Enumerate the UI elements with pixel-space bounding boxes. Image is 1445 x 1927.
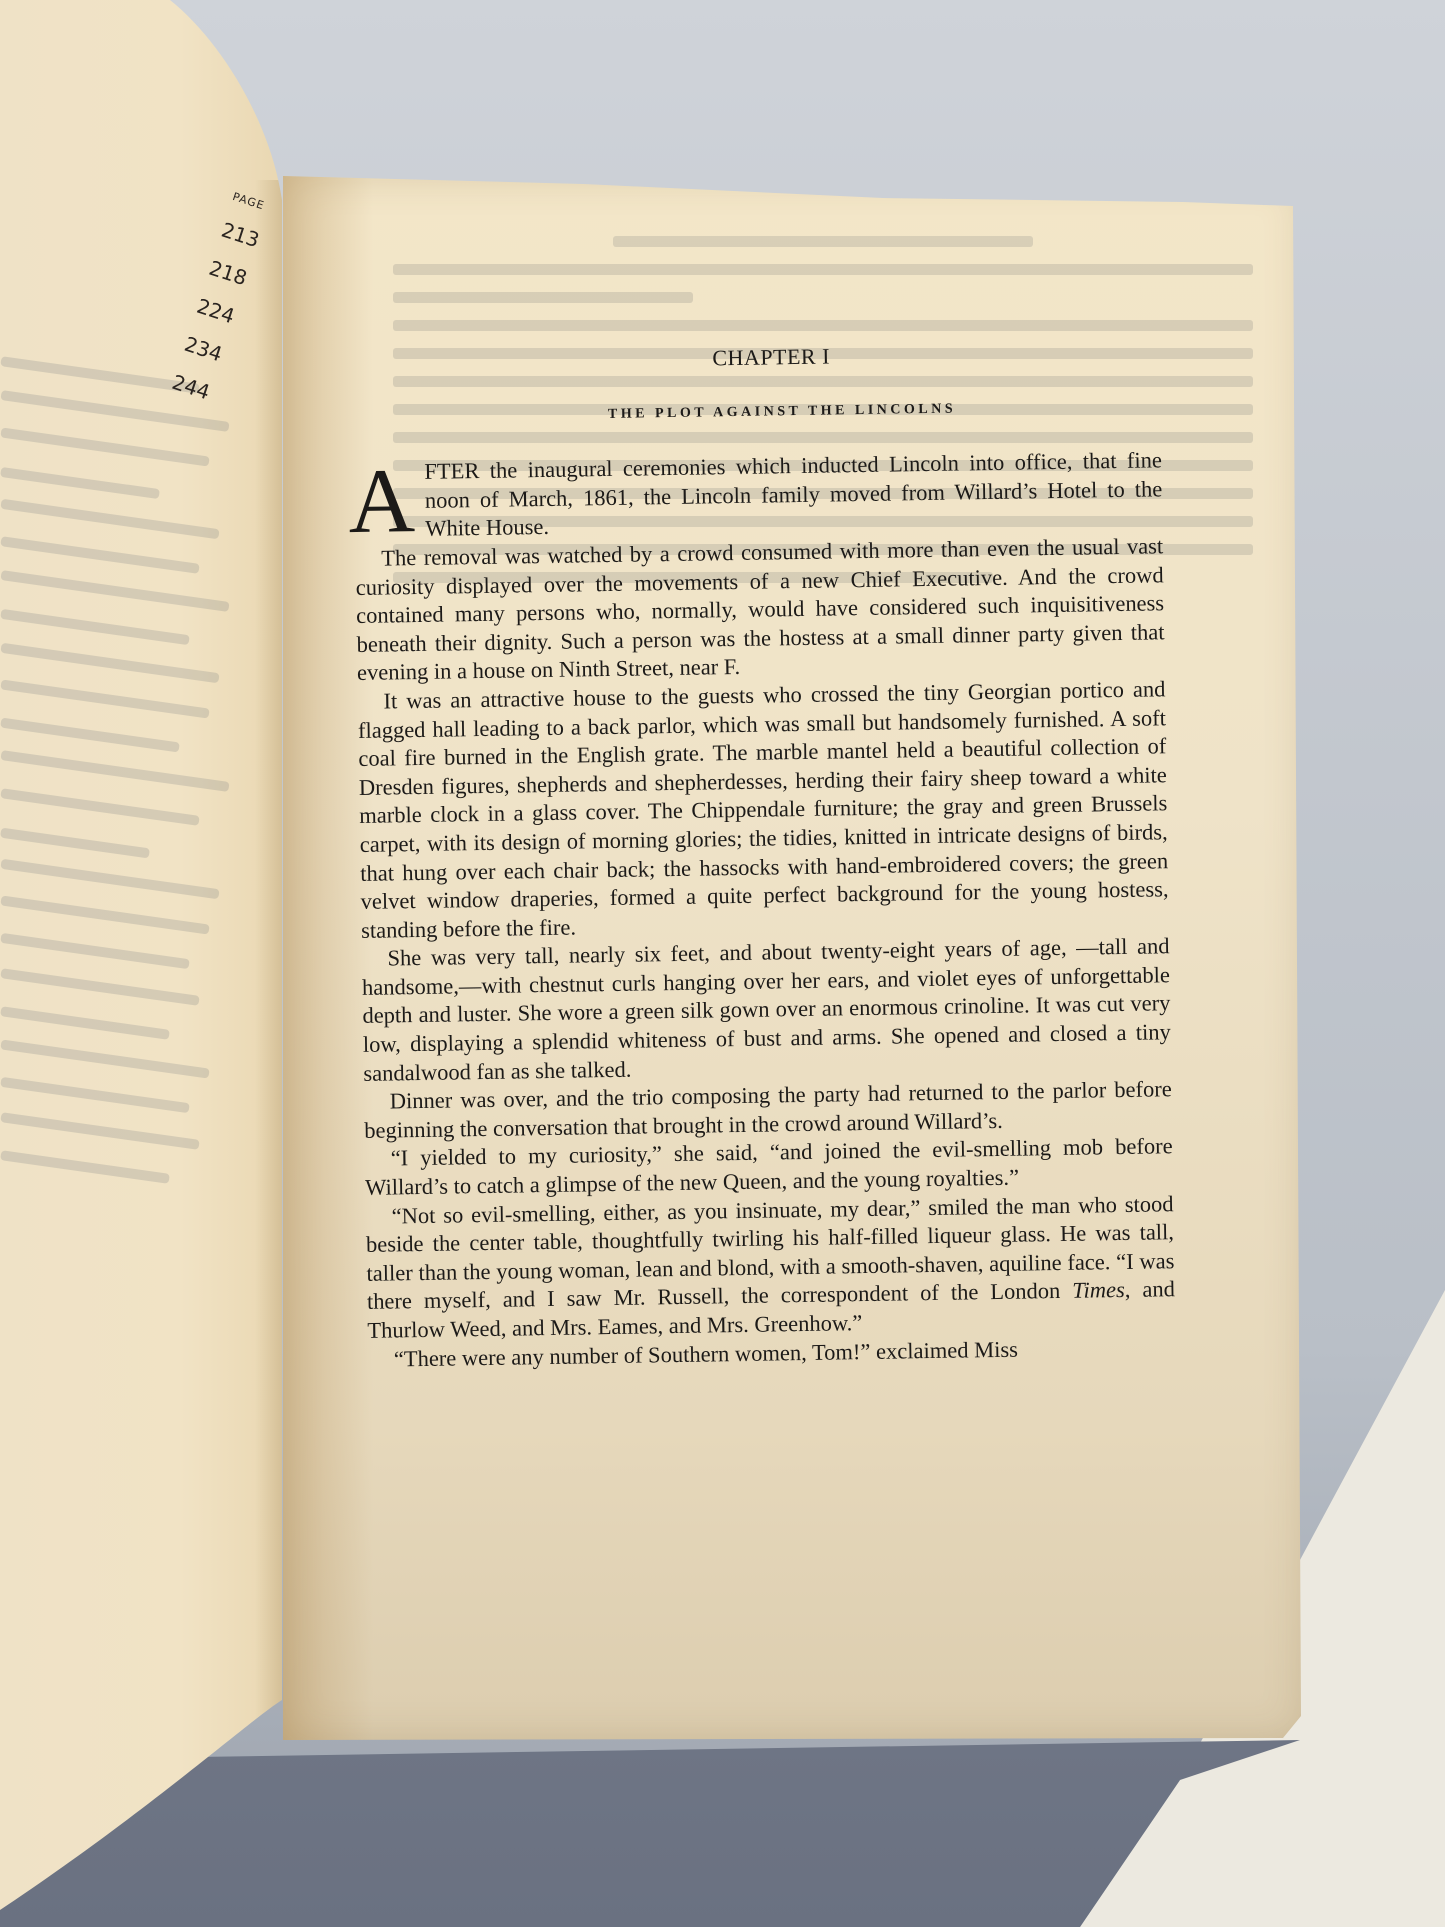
page-number: 234	[182, 332, 246, 373]
page-text: CHAPTER I THE PLOT AGAINST THE LINCOLNS …	[352, 337, 1176, 1374]
italic-title: Times	[1072, 1277, 1125, 1303]
paragraph-text: “Not so evil-smelling, either, as you in…	[366, 1191, 1175, 1314]
left-page: PAGE 213 218 224 234 244	[0, 0, 300, 1927]
paragraph: The removal was watched by a crowd consu…	[355, 532, 1165, 688]
drop-cap: A	[348, 464, 416, 537]
gutter-shadow	[255, 180, 285, 1720]
page-number: 218	[206, 256, 270, 297]
chapter-subtitle: THE PLOT AGAINST THE LINCOLNS	[353, 392, 1161, 433]
paragraph: It was an attractive house to the guests…	[357, 675, 1169, 945]
paragraph-text: FTER the inaugural ceremonies which indu…	[424, 447, 1162, 541]
paragraph: She was very tall, nearly six feet, and …	[361, 933, 1171, 1089]
show-through-text	[0, 370, 260, 1670]
paragraph: “Not so evil-smelling, either, as you in…	[365, 1190, 1175, 1346]
page-number: 244	[169, 370, 233, 411]
paragraph: AFTER the inaugural ceremonies which ind…	[354, 446, 1163, 544]
page-number: 224	[194, 294, 258, 335]
page-number: 213	[219, 218, 283, 259]
